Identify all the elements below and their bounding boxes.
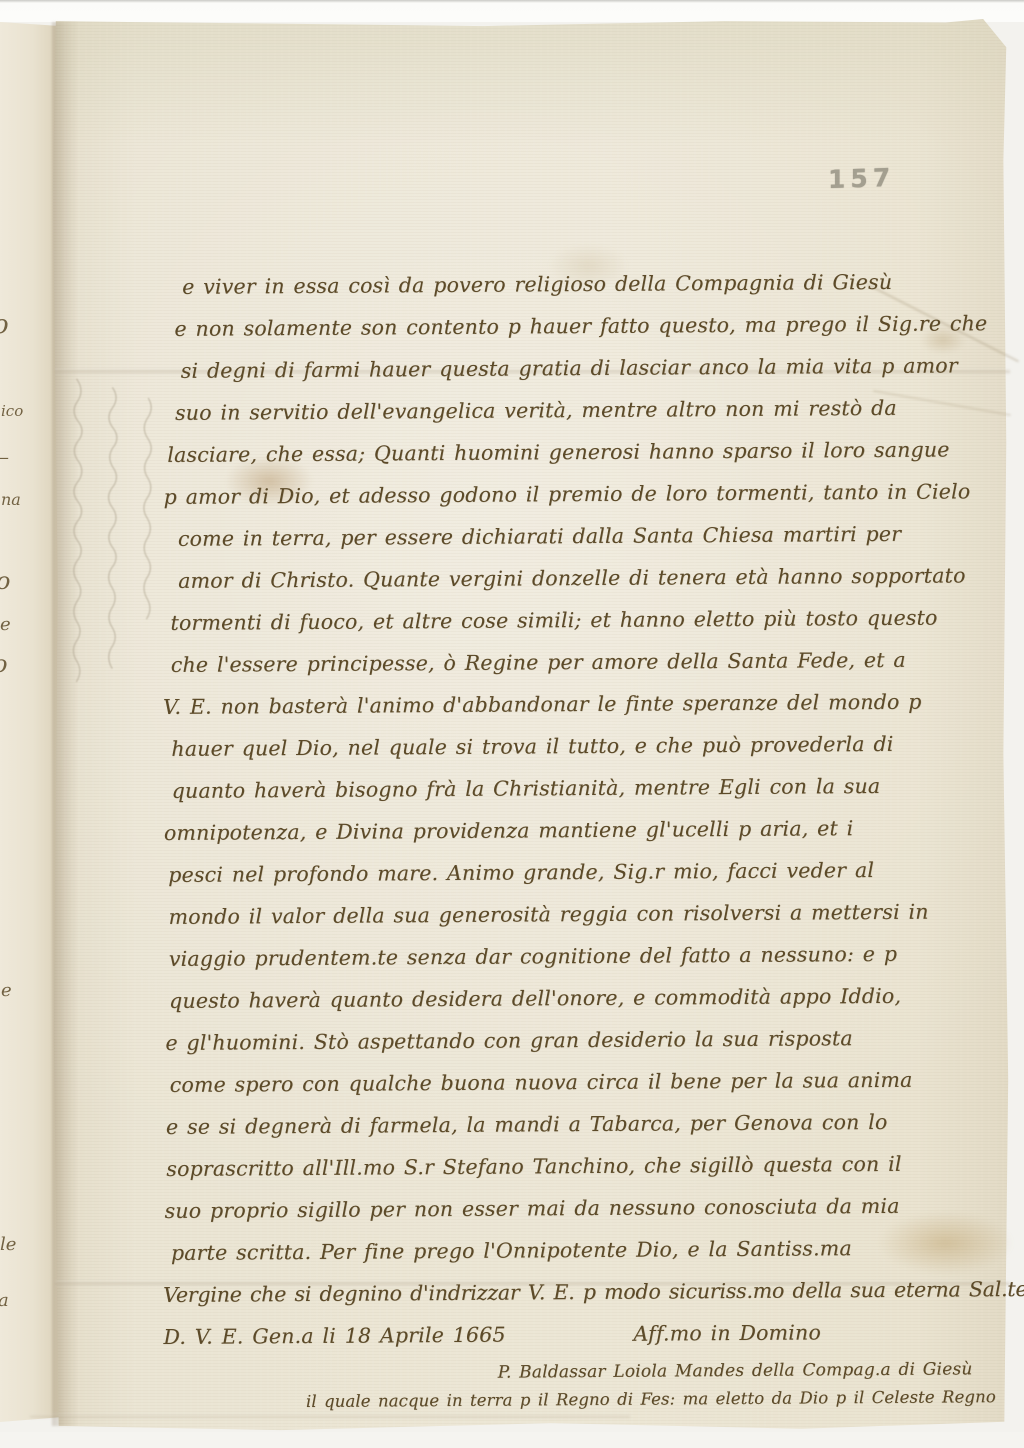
manuscript-line: amor di Christo. Quante vergini donzelle…	[178, 554, 1022, 602]
scanned-letter-page: ɔ ico — na o e ɔ e le a 157 e viver in e…	[0, 0, 1024, 1448]
manuscript-line: che l'essere principesse, ò Regine per a…	[171, 638, 1023, 686]
scanner-background-bottom	[0, 1432, 1024, 1448]
manuscript-line: parte scritta. Per fine prego l'Onnipote…	[171, 1226, 1024, 1274]
manuscript-line: omnipotenza, e Divina providenza mantien…	[164, 806, 1024, 854]
manuscript-line: viaggio prudentem.te senza dar cognition…	[169, 932, 1024, 980]
manuscript-line: V. E. non basterà l'animo d'abbandonar l…	[163, 680, 1023, 728]
valediction: Aff.mo in Domino	[633, 1311, 821, 1354]
manuscript-line: e non solamente son contento p hauer fat…	[174, 302, 1020, 350]
manuscript-line: come in terra, per essere dichiarati dal…	[178, 512, 1022, 560]
manuscript-line: si degni di farmi hauer questa gratia di…	[181, 344, 1021, 392]
manuscript-line: mondo il valor della sua generosità regg…	[168, 890, 1024, 938]
left-edge-text-fragment: e	[0, 614, 11, 635]
manuscript-line: suo proprio sigillo per non esser mai da…	[164, 1184, 1024, 1232]
manuscript-line: e gl'huomini. Stò aspettando con gran de…	[165, 1016, 1024, 1064]
annotation-line: il quale nacque in terra p il Regno di F…	[306, 1384, 1024, 1415]
left-edge-text-fragment: ico	[1, 402, 23, 420]
manuscript-line: tormenti di fuoco, et altre cose simili;…	[170, 596, 1022, 644]
manuscript-line: e se si degnerà di farmela, la mandi a T…	[166, 1100, 1024, 1148]
manuscript-line: e viver in essa così da povero religioso…	[182, 260, 1020, 308]
left-edge-text-fragment: —	[0, 447, 9, 468]
manuscript-line: quanto haverà bisogno frà la Christianit…	[172, 764, 1024, 812]
manuscript-line: Vergine che si degnino d'indrizzar V. E.…	[163, 1268, 1024, 1316]
left-edge-text-fragment: o	[0, 567, 10, 595]
manuscript-line: questo haverà quanto desidera dell'onore…	[169, 974, 1024, 1022]
left-edge-text-fragment: ɔ	[0, 650, 7, 678]
bleedthrough-ghost-writing	[55, 371, 173, 721]
dateline-row: D. V. E. Gen.a li 18 Aprile 1665 Aff.mo …	[163, 1310, 1024, 1360]
scanner-background-top	[0, 0, 1024, 22]
manuscript-line: lasciare, che essa; Quanti huomini gener…	[167, 428, 1021, 476]
signature-line: P. Baldassar Loiola Mandes della Compag.…	[498, 1354, 1024, 1388]
manuscript-line: pesci nel profondo mare. Animo grande, S…	[168, 848, 1024, 896]
left-edge-text-fragment: ɔ	[0, 310, 9, 340]
left-edge-text-fragment: a	[0, 1290, 9, 1311]
dateline-place-date: D. V. E. Gen.a li 18 Aprile 1665	[163, 1323, 505, 1349]
left-edge-text-fragment: e	[1, 980, 12, 1001]
manuscript-line: soprascritto all'Ill.mo S.r Stefano Tanc…	[166, 1142, 1024, 1190]
manuscript-line: hauer quel Dio, nel quale si trova il tu…	[171, 722, 1023, 770]
manuscript-line: suo in servitio dell'evangelica verità, …	[175, 386, 1021, 434]
page-number-stamp: 157	[828, 163, 895, 194]
left-edge-text-fragment: le	[0, 1234, 16, 1255]
manuscript-line: p amor di Dio, et adesso godono il premi…	[163, 470, 1021, 518]
left-edge-text-fragment: na	[1, 490, 21, 509]
manuscript-line: come spero con qualche buona nuova circa…	[170, 1058, 1024, 1106]
letter-body: e viver in essa così da povero religioso…	[156, 260, 1024, 1416]
